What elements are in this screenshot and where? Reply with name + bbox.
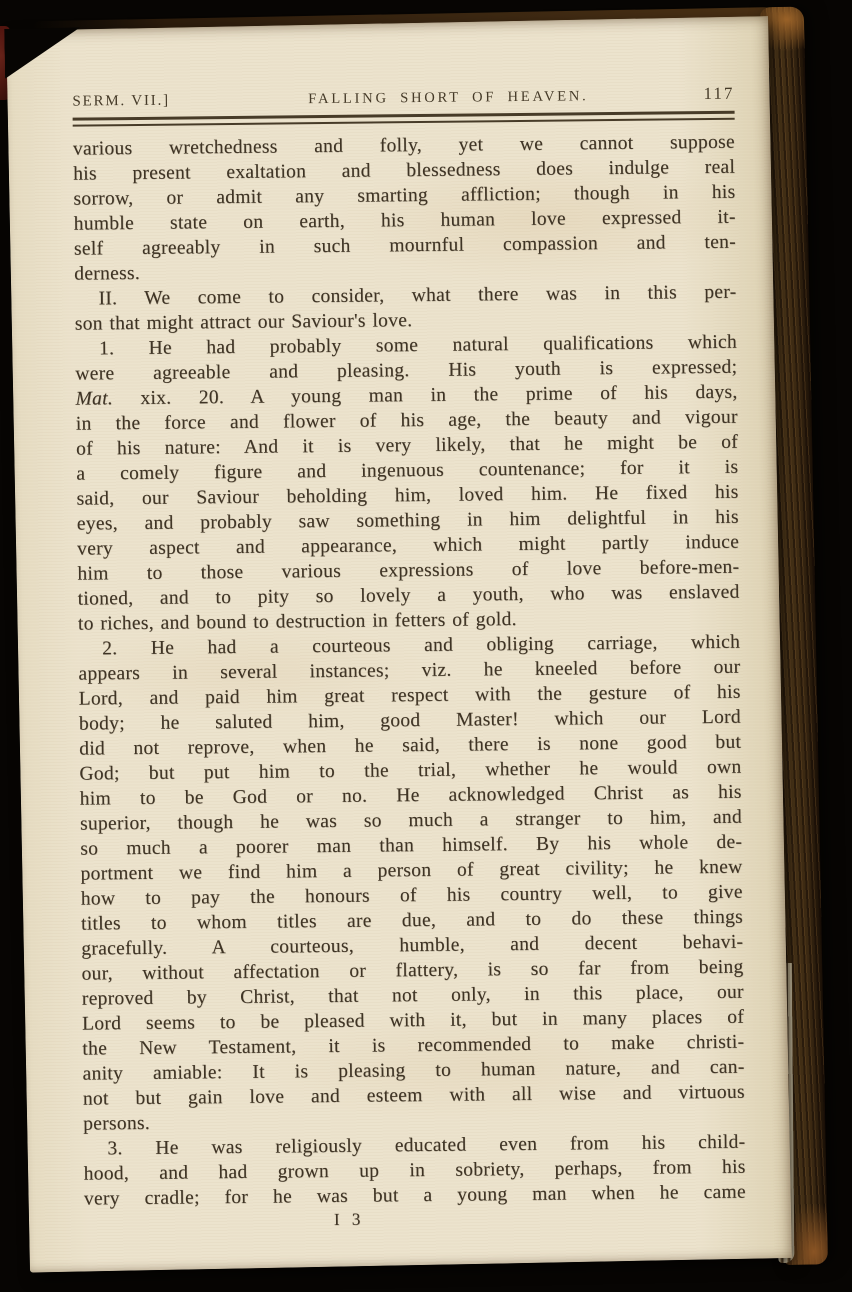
- page-content: SERM. VII.] FALLING SHORT OF HEAVEN. 117…: [72, 84, 746, 1233]
- page-number: 117: [644, 84, 734, 105]
- double-rule: [73, 111, 735, 127]
- header-title: FALLING SHORT OF HEAVEN.: [252, 88, 644, 109]
- running-header: SERM. VII.] FALLING SHORT OF HEAVEN. 117: [72, 84, 734, 111]
- photo-background: SERM. VII.] FALLING SHORT OF HEAVEN. 117…: [0, 0, 852, 1292]
- header-sermon-label: SERM. VII.]: [72, 92, 252, 111]
- book-page: SERM. VII.] FALLING SHORT OF HEAVEN. 117…: [6, 16, 792, 1272]
- torn-corner: [4, 27, 81, 78]
- page-body: various wretchedness and folly, yet we c…: [73, 130, 746, 1212]
- book: SERM. VII.] FALLING SHORT OF HEAVEN. 117…: [6, 6, 828, 1279]
